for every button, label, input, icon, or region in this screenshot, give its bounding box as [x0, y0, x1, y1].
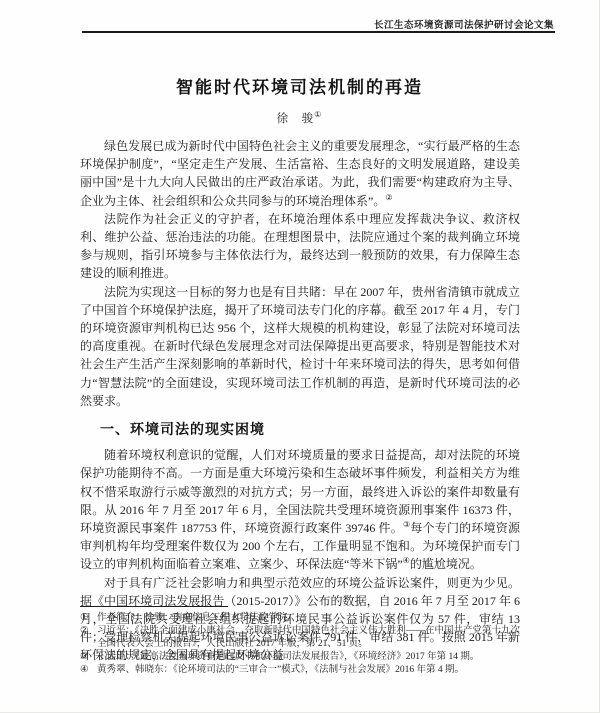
footnotes-block: ①作者简介：徐骏，南京信息工程大学法政学院。 ②习近平：《决胜全面建成小康社会，…: [80, 606, 520, 677]
paragraph-3-text: 法院为实现这一目标的努力也是有目共睹：早在 2007 年，贵州省清镇市就成立了中…: [80, 285, 520, 408]
paragraph-4-seg3: 的尴尬境况。: [410, 557, 482, 571]
paper-title: 智能时代环境司法机制的再造: [0, 73, 599, 98]
footnote-3-text: 丁瑶瑶：《最高法发布环资审判白皮书和环境司法发展报告》，《环境经济》2017 年…: [97, 652, 479, 662]
footnote-1-marker: ①: [80, 612, 89, 625]
footnote-2-text: 习近平：《决胜全面建成小康社会，夺取新时代中国特色社会主义伟大胜利——在中国共产…: [97, 626, 520, 649]
paragraph-4: 随着环境权利意识的觉醒，人们对环境质量的要求日益提高，却对法院的环境保护功能期待…: [80, 446, 520, 573]
paper-page: 长江生态环境资源司法保护研讨会论文集 智能时代环境司法机制的再造 徐 骏① 绿色…: [0, 0, 600, 713]
paragraph-1-text: 绿色发展已成为新时代中国特色社会主义的重要发展理念，“实行最严格的生态环境保护制…: [80, 139, 520, 208]
footnote-4-text: 黄秀翠、韩晓东：《论环境司法的“三审合一”模式》，《法制与社会发展》2016 年…: [97, 665, 464, 675]
author-name: 徐 骏: [277, 113, 315, 125]
running-header-text: 长江生态环境资源司法保护研讨会论文集: [374, 21, 554, 31]
footnote-1-text: 作者简介：徐骏，南京信息工程大学法政学院。: [97, 613, 297, 623]
footnote-ref-4: ④: [403, 556, 410, 565]
paragraph-3: 法院为实现这一目标的努力也是有目共睹：早在 2007 年，贵州省清镇市就成立了中…: [80, 283, 520, 410]
footnote-3-marker: ③: [80, 651, 89, 664]
paragraph-2-text: 法院作为社会正义的守护者，在环境治理体系中理应发挥裁决争议、救济权利、维护公益、…: [80, 212, 520, 281]
footnote-2-marker: ②: [80, 625, 89, 638]
paragraph-1: 绿色发展已成为新时代中国特色社会主义的重要发展理念，“实行最严格的生态环境保护制…: [80, 137, 520, 210]
footnote-4-marker: ④: [80, 664, 89, 677]
footnote-separator: [80, 606, 228, 607]
running-header: 长江生态环境资源司法保护研讨会论文集: [374, 17, 554, 31]
paragraph-2: 法院作为社会正义的守护者，在环境治理体系中理应发挥裁决争议、救济权利、维护公益、…: [80, 210, 520, 283]
author-footnote-ref: ①: [314, 110, 322, 119]
header-rule: [82, 31, 555, 33]
author-byline: 徐 骏①: [0, 110, 599, 126]
footnote-3: ③丁瑶瑶：《最高法发布环资审判白皮书和环境司法发展报告》，《环境经济》2017 …: [80, 651, 520, 664]
body-text: 绿色发展已成为新时代中国特色社会主义的重要发展理念，“实行最严格的生态环境保护制…: [80, 137, 520, 665]
footnote-1: ①作者简介：徐骏，南京信息工程大学法政学院。: [80, 612, 520, 625]
footnote-ref-2: ②: [385, 193, 392, 202]
footnote-4: ④黄秀翠、韩晓东：《论环境司法的“三审合一”模式》，《法制与社会发展》2016 …: [80, 664, 520, 677]
footnote-2: ②习近平：《决胜全面建成小康社会，夺取新时代中国特色社会主义伟大胜利——在中国共…: [80, 625, 520, 651]
section-heading-1: 一、环境司法的现实困境: [100, 420, 520, 438]
